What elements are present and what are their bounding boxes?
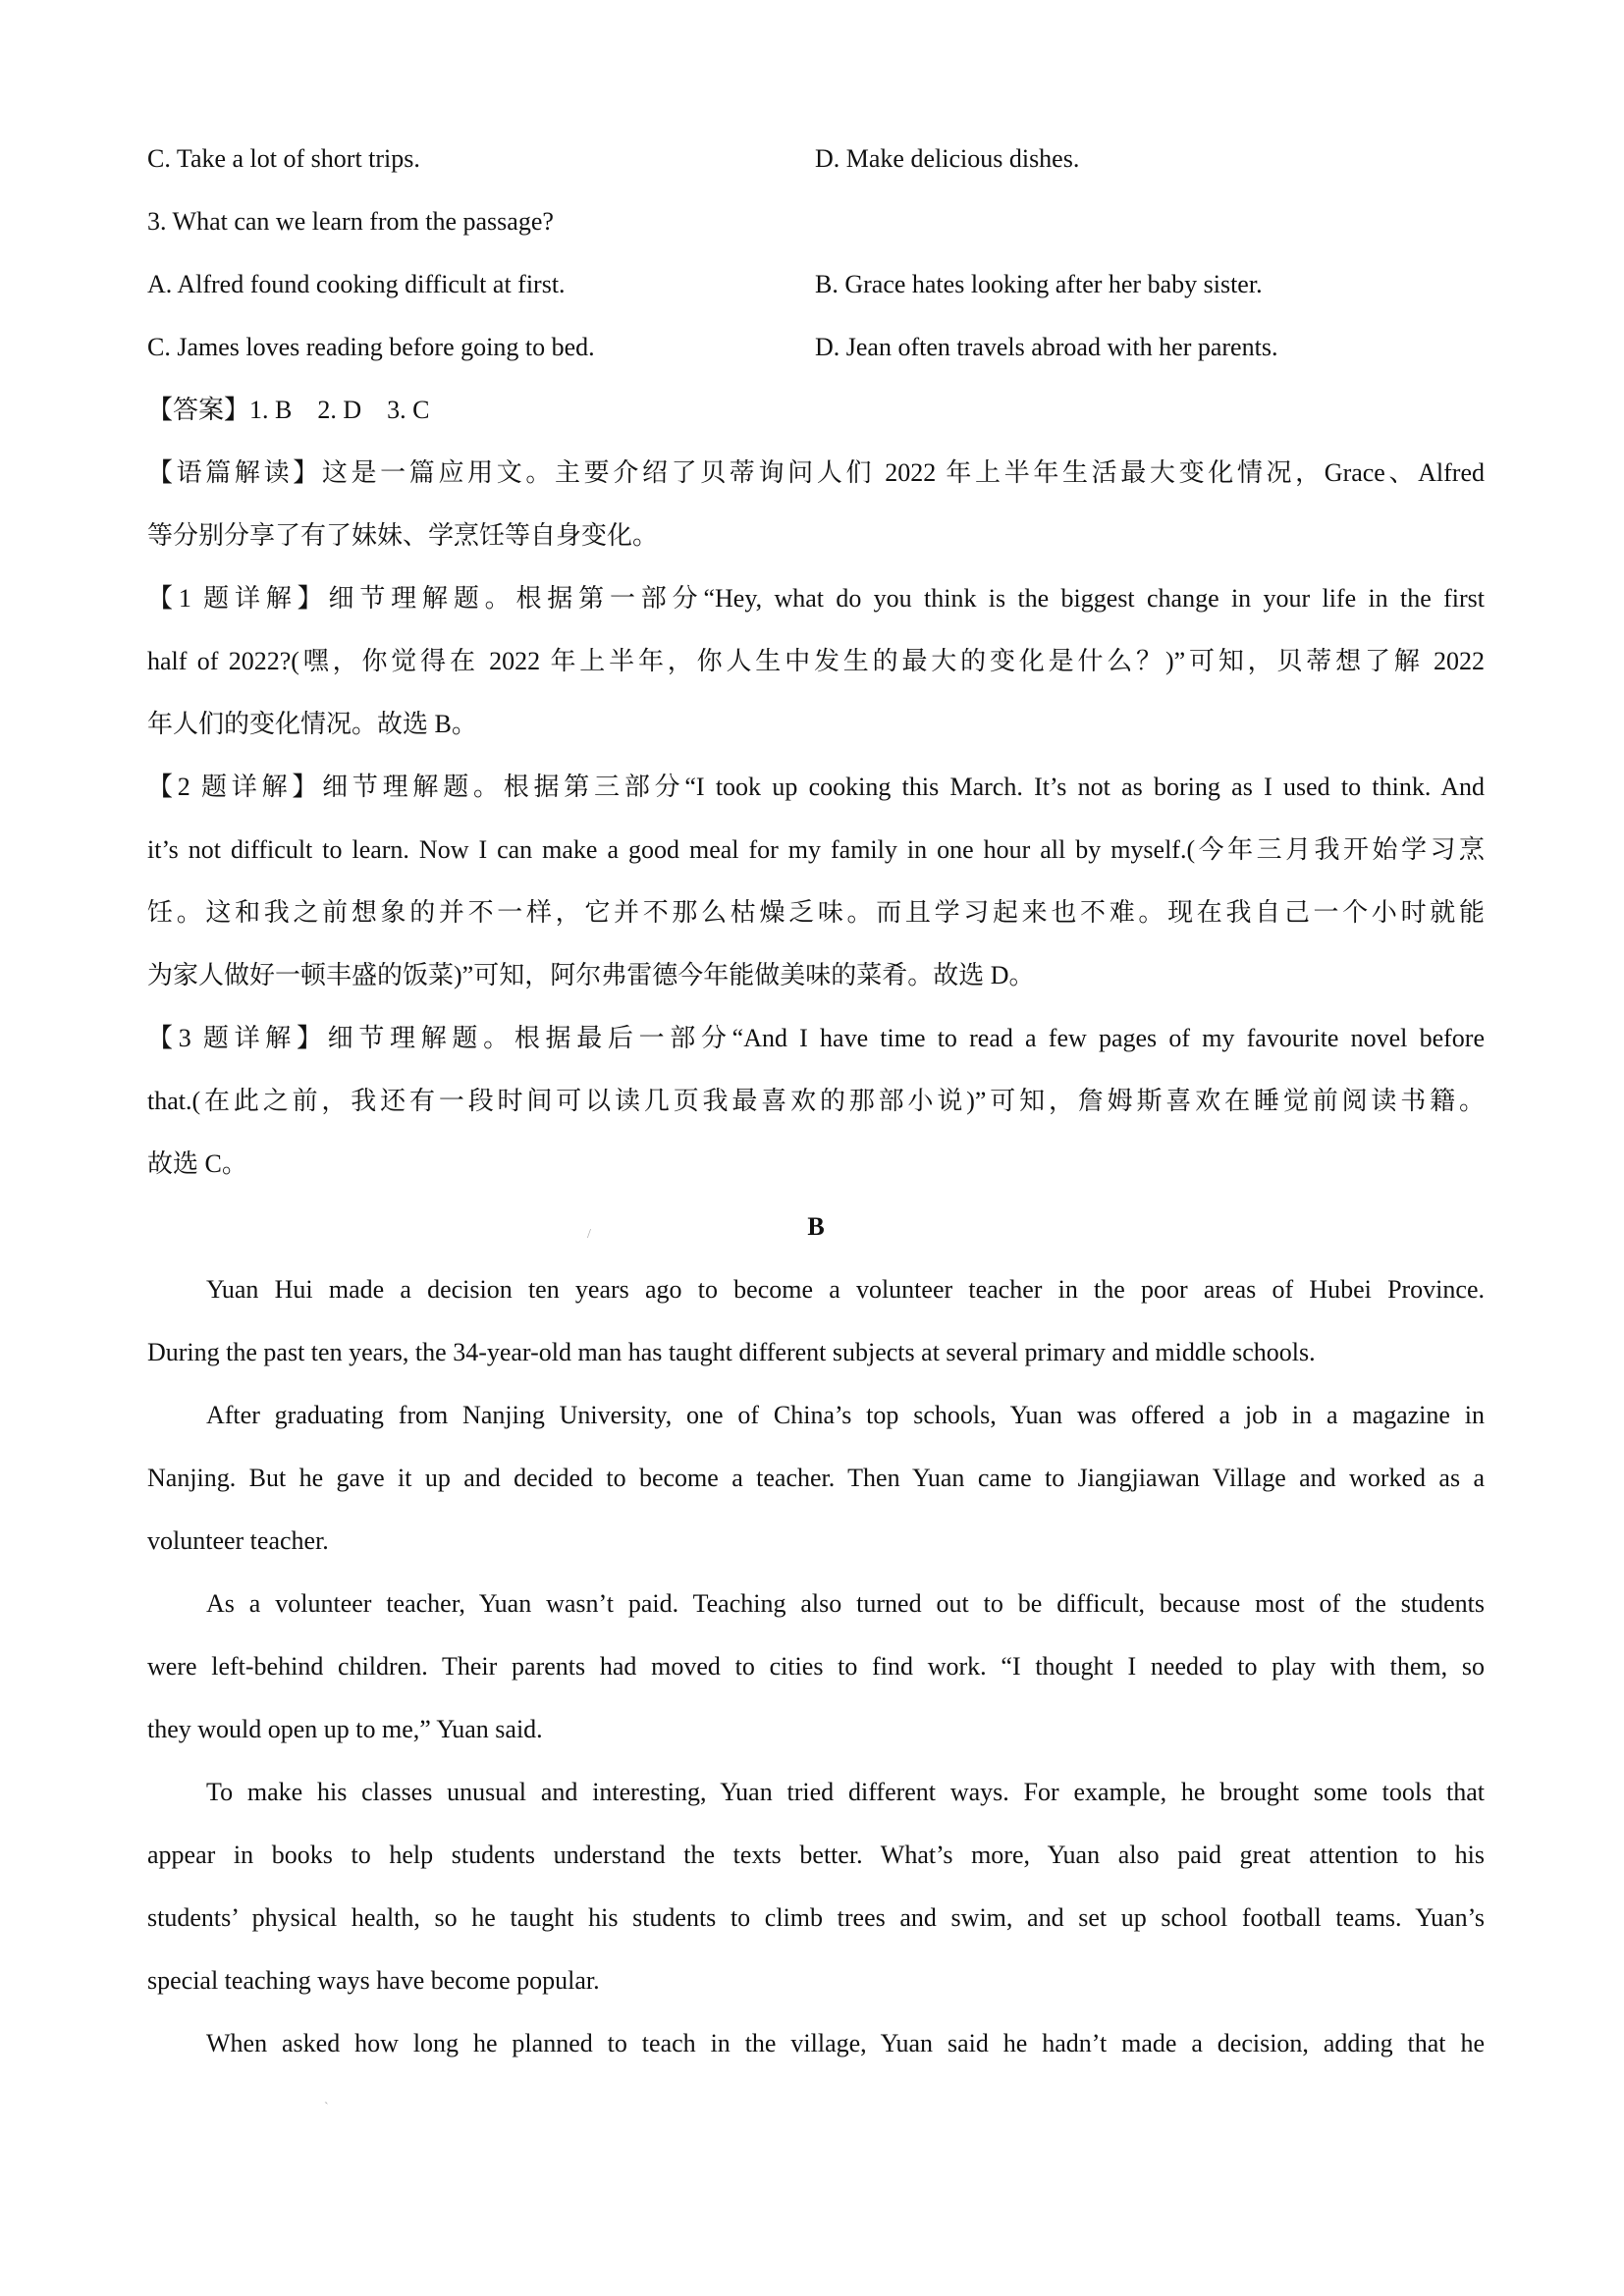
answer-item: 3. C: [387, 396, 429, 424]
summary-line: 等分别分享了有了妹妹、学烹饪等自身变化。: [147, 505, 1485, 567]
explanation-line: 故选 C。: [147, 1133, 1485, 1196]
paragraph-line: students’ physical health, so he taught …: [147, 1887, 1485, 1949]
paragraph-line: special teaching ways have become popula…: [147, 1949, 1485, 2012]
q3-stem: 3. What can we learn from the passage?: [147, 190, 1485, 253]
explanation-line: 【3 题详解】细节理解题。根据最后一部分“And I have time to …: [147, 1007, 1485, 1070]
paragraph: When asked how long he planned to teach …: [147, 2012, 1485, 2075]
explanation-line: half of 2022?(嘿，你觉得在 2022 年上半年，你人生中发生的最大…: [147, 630, 1485, 693]
q2-option-d: D. Make delicious dishes.: [815, 128, 1485, 190]
answer-key: 【答案】1. B2. D3. C: [147, 379, 1485, 442]
paragraph-line: Nanjing. But he gave it up and decided t…: [147, 1447, 1485, 1510]
q3-option-a: A. Alfred found cooking difficult at fir…: [147, 253, 815, 316]
q2-explanation: 【2 题详解】细节理解题。根据第三部分“I took up cooking th…: [147, 756, 1485, 1007]
summary-line: 【语篇解读】这是一篇应用文。主要介绍了贝蒂询问人们 2022 年上半年生活最大变…: [147, 442, 1485, 505]
q3-options-row-1: A. Alfred found cooking difficult at fir…: [147, 253, 1485, 316]
paragraph-line: appear in books to help students underst…: [147, 1824, 1485, 1887]
paragraph-line: volunteer teacher.: [147, 1510, 1485, 1573]
q3-options-row-2: C. James loves reading before going to b…: [147, 316, 1485, 379]
answer-label: 【答案】: [147, 396, 249, 424]
paragraph: As a volunteer teacher, Yuan wasn’t paid…: [147, 1573, 1485, 1761]
paragraph-line: As a volunteer teacher, Yuan wasn’t paid…: [147, 1573, 1485, 1635]
paragraph: After graduating from Nanjing University…: [147, 1384, 1485, 1573]
paragraph-line: After graduating from Nanjing University…: [147, 1384, 1485, 1447]
q1-explanation: 【1 题详解】细节理解题。根据第一部分“Hey, what do you thi…: [147, 567, 1485, 756]
answer-item: 1. B: [249, 396, 292, 424]
explanation-line: 年人们的变化情况。故选 B。: [147, 693, 1485, 756]
q3-option-b: B. Grace hates looking after her baby si…: [815, 253, 1485, 316]
stray-mark: /: [587, 1227, 591, 1243]
explanation-line: 【1 题详解】细节理解题。根据第一部分“Hey, what do you thi…: [147, 567, 1485, 630]
paragraph-line: Yuan Hui made a decision ten years ago t…: [147, 1258, 1485, 1321]
q3-explanation: 【3 题详解】细节理解题。根据最后一部分“And I have time to …: [147, 1007, 1485, 1196]
passage-b: Yuan Hui made a decision ten years ago t…: [147, 1258, 1485, 2075]
paragraph-line: When asked how long he planned to teach …: [147, 2012, 1485, 2075]
paragraph: Yuan Hui made a decision ten years ago t…: [147, 1258, 1485, 1384]
paragraph-line: they would open up to me,” Yuan said.: [147, 1698, 1485, 1761]
q2-option-c: C. Take a lot of short trips.: [147, 128, 815, 190]
paragraph-line: were left-behind children. Their parents…: [147, 1635, 1485, 1698]
explanation-line: 为家人做好一顿丰盛的饭菜)”可知，阿尔弗雷德今年能做美味的菜肴。故选 D。: [147, 944, 1485, 1007]
section-heading: B: [147, 1196, 1485, 1258]
q2-options-row: C. Take a lot of short trips. D. Make de…: [147, 128, 1485, 190]
explanation-line: that.(在此之前，我还有一段时间可以读几页我最喜欢的那部小说)”可知，詹姆斯…: [147, 1070, 1485, 1133]
paragraph-line: To make his classes unusual and interest…: [147, 1761, 1485, 1824]
paragraph: To make his classes unusual and interest…: [147, 1761, 1485, 2012]
explanation-line: 【2 题详解】细节理解题。根据第三部分“I took up cooking th…: [147, 756, 1485, 819]
answer-item: 2. D: [317, 396, 361, 424]
document-page: C. Take a lot of short trips. D. Make de…: [147, 128, 1485, 2075]
paragraph-line: During the past ten years, the 34-year-o…: [147, 1321, 1485, 1384]
passage-summary: 【语篇解读】这是一篇应用文。主要介绍了贝蒂询问人们 2022 年上半年生活最大变…: [147, 442, 1485, 567]
explanation-line: it’s not difficult to learn. Now I can m…: [147, 819, 1485, 881]
stray-mark: `: [324, 2101, 329, 2116]
q3-option-d: D. Jean often travels abroad with her pa…: [815, 316, 1485, 379]
q3-option-c: C. James loves reading before going to b…: [147, 316, 815, 379]
explanation-line: 饪。这和我之前想象的并不一样，它并不那么枯燥乏味。而且学习起来也不难。现在我自己…: [147, 881, 1485, 944]
